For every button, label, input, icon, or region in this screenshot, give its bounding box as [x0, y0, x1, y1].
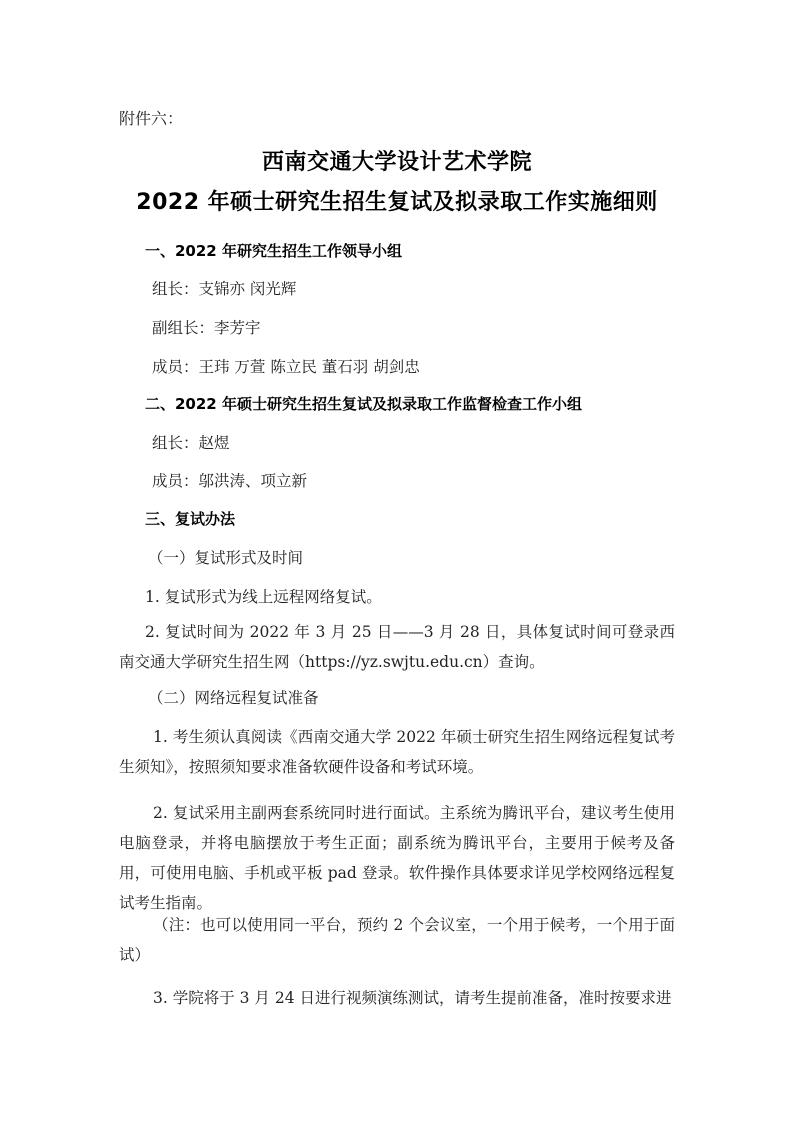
- subsection2-heading: （二）网络远程复试准备: [148, 686, 319, 708]
- subsection2-item1: 1. 考生须认真阅读《西南交通大学 2022 年硕士研究生招生网络远程复试考生须…: [119, 722, 675, 782]
- section2-leader: 组长：赵煜: [152, 431, 230, 453]
- subsection2-item3: 3. 学院将于 3 月 24 日进行视频演练测试，请考生提前准备，准时按要求进: [119, 983, 675, 1013]
- document-title-line1: 西南交通大学设计艺术学院: [0, 145, 794, 176]
- subsection1-item1: 1. 复试形式为线上远程网络复试。: [145, 585, 382, 607]
- section3-heading: 三、复试办法: [145, 508, 235, 529]
- section1-members: 成员：王玮 万萱 陈立民 董石羽 胡剑忠: [152, 355, 420, 377]
- subsection1-heading: （一）复试形式及时间: [148, 546, 303, 568]
- section2-heading: 二、2022 年硕士研究生招生复试及拟录取工作监督检查工作小组: [145, 393, 582, 414]
- section2-members: 成员：邬洪涛、项立新: [152, 469, 307, 491]
- attachment-label: 附件六：: [119, 106, 183, 129]
- section1-heading: 一、2022 年研究生招生工作领导小组: [145, 240, 402, 261]
- section1-leader: 组长：支锦亦 闵光辉: [152, 277, 296, 299]
- section1-vice-leader: 副组长：李芳宇: [152, 316, 261, 338]
- subsection2-note: （注：也可以使用同一平台，预约 2 个会议室，一个用于候考，一个用于面试）: [119, 910, 675, 970]
- subsection2-item2: 2. 复试采用主副两套系统同时进行面试。主系统为腾讯平台，建议考生使用电脑登录，…: [119, 798, 675, 918]
- document-title-line2: 2022 年硕士研究生招生复试及拟录取工作实施细则: [0, 185, 794, 216]
- subsection1-item2: 2. 复试时间为 2022 年 3 月 25 日——3 月 28 日，具体复试时…: [119, 617, 675, 677]
- document-page: 附件六： 西南交通大学设计艺术学院 2022 年硕士研究生招生复试及拟录取工作实…: [0, 0, 794, 1123]
